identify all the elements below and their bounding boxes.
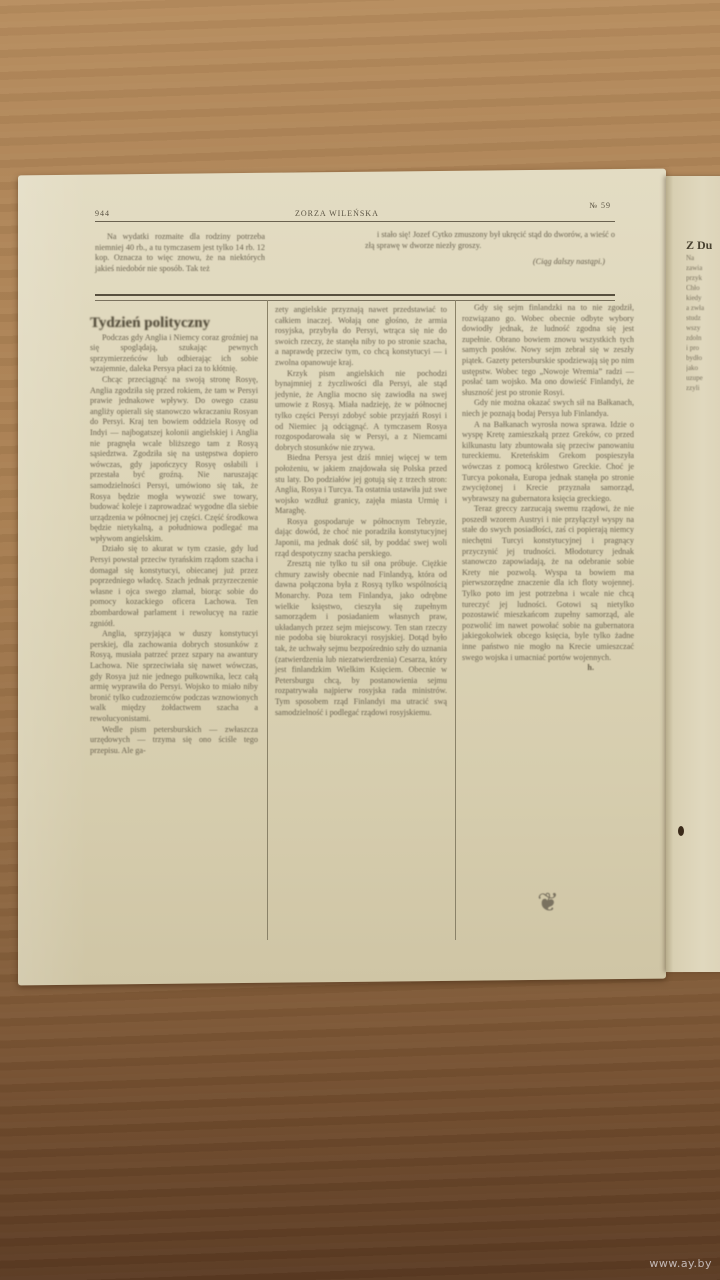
next-page-text: NazawiaprzykChłokiedya zwłastudzwszyzdol… bbox=[686, 253, 720, 393]
paragraph: zety angielskie przyznają nawet przedsta… bbox=[275, 305, 447, 369]
text-fragment: jako bbox=[686, 363, 720, 373]
paragraph: Gdy nie można okazać swych sił na Bałkan… bbox=[462, 398, 634, 419]
paragraph: Chcąc przeciągnąć na swoją stronę Rosyę,… bbox=[90, 375, 258, 545]
issue-number: № 59 bbox=[589, 201, 611, 210]
next-page-title: Z Du bbox=[686, 238, 720, 253]
paragraph: Wedle pism petersburskich — zwłaszcza ur… bbox=[90, 725, 258, 757]
text-fragment: wszy bbox=[686, 323, 720, 333]
intro-right-column: i stało się! Jozef Cytko zmuszony był uk… bbox=[365, 230, 615, 268]
paragraph: A na Bałkanach wyrosła nowa sprawa. Idzi… bbox=[462, 420, 634, 505]
paragraph: Teraz greccy zarzucają swemu rządowi, że… bbox=[462, 504, 634, 663]
next-page-column: Z Du NazawiaprzykChłokiedya zwłastudzwsz… bbox=[686, 238, 720, 393]
text-fragment: i pro bbox=[686, 343, 720, 353]
text-fragment: zawia bbox=[686, 263, 720, 273]
paragraph: Podczas gdy Anglia i Niemcy coraz groźni… bbox=[90, 333, 258, 375]
paragraph: Działo się to akurat w tym czasie, gdy l… bbox=[90, 544, 258, 629]
text-fragment: a zwła bbox=[686, 303, 720, 313]
text-fragment: uzupe bbox=[686, 373, 720, 383]
text-fragment: studz bbox=[686, 313, 720, 323]
text-fragment: Na bbox=[686, 253, 720, 263]
page-number: 944 bbox=[95, 209, 110, 218]
author-initial: h. bbox=[462, 663, 634, 674]
paragraph: Gdy się sejm finlandzki na to nie zgodzi… bbox=[462, 303, 634, 398]
text-fragment: zdoln bbox=[686, 333, 720, 343]
watermark: www.ay.by bbox=[649, 1257, 712, 1270]
article-column-2: zety angielskie przyznają nawet przedsta… bbox=[275, 305, 447, 718]
text-fragment: przyk bbox=[686, 273, 720, 283]
intro-right-text: i stało się! Jozef Cytko zmuszony był uk… bbox=[365, 230, 615, 251]
continued-note: (Ciąg dalszy nastąpi.) bbox=[365, 257, 615, 268]
text-fragment: zzyli bbox=[686, 383, 720, 393]
text-fragment: bydło bbox=[686, 353, 720, 363]
article-title: Tydzień polityczny bbox=[90, 318, 258, 329]
paragraph: Rosya gospodaruje w północnym Tebryzie, … bbox=[275, 517, 447, 559]
decorative-ornament-icon: ❦ bbox=[518, 885, 578, 921]
text-fragment: Chło bbox=[686, 283, 720, 293]
article-column-3: Gdy się sejm finlandzki na to nie zgodzi… bbox=[462, 303, 634, 674]
intro-left-text: Na wydatki rozmaite dla rodziny potrzeba… bbox=[95, 232, 265, 274]
article-column-1: Tydzień polityczny Podczas gdy Anglia i … bbox=[90, 318, 258, 756]
section-divider bbox=[95, 294, 615, 301]
text-fragment: kiedy bbox=[686, 293, 720, 303]
column-divider bbox=[267, 300, 268, 940]
paragraph: Anglia, sprzyjająca w duszy konstytucyi … bbox=[90, 629, 258, 724]
newspaper-title: ZORZA WILEŃSKA bbox=[295, 209, 379, 218]
column-divider bbox=[455, 300, 456, 940]
binding-mark bbox=[678, 826, 684, 836]
paragraph: Krzyk pism angielskich nie pochodzi byna… bbox=[275, 369, 447, 454]
page-header: 944 ZORZA WILEŃSKA № 59 bbox=[95, 205, 615, 222]
paragraph: Zresztą nie tylko tu sił ona próbuje. Ci… bbox=[275, 559, 447, 718]
intro-left-column: Na wydatki rozmaite dla rodziny potrzeba… bbox=[95, 232, 265, 274]
paragraph: Biedna Persya jest dziś mniej więcej w t… bbox=[275, 453, 447, 517]
